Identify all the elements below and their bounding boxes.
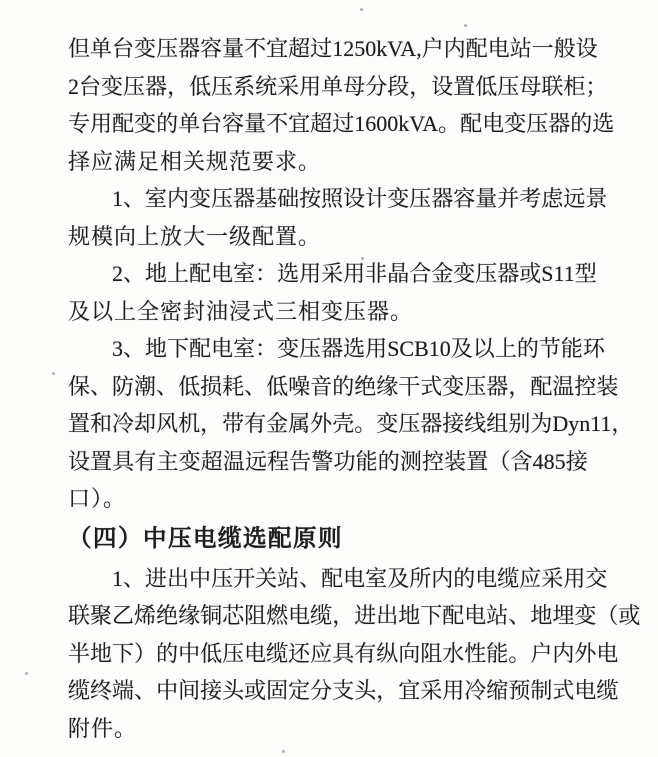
text-line: 附件。 [68, 710, 588, 748]
text-line: 1、室内变压器基础按照设计变压器容量并考虑远景 [68, 180, 588, 218]
text-line: 口）。 [68, 480, 588, 518]
text-line: 但单台变压器容量不宜超过 1250kVA,户内配电站一般设 [68, 30, 588, 68]
scan-speck [360, 8, 363, 11]
text-line: 置和冷却风机，带有金属外壳。变压器接线组别为 Dyn11， [68, 405, 588, 443]
text-line: 及以上全密封油浸式三相变压器。 [68, 293, 588, 331]
scan-speck [361, 257, 364, 260]
text-line: 联聚乙烯绝缘铜芯阻燃电缆，进出地下配电站、地埋变（或 [68, 597, 588, 635]
text-line: 半地下）的中低压电缆还应具有纵向阻水性能。户内外电 [68, 635, 588, 673]
scan-speck [464, 24, 467, 27]
scan-speck [52, 372, 55, 375]
section-heading: （四）中压电缆选配原则 [68, 518, 588, 560]
text-line: 保、防潮、低损耗、低噪音的绝缘干式变压器，配温控装 [68, 368, 588, 406]
text-line: 专用配变的单台容量不宜超过 1600kVA。配电变压器的选 [68, 105, 588, 143]
text-line: 1、进出中压开关站、配电室及所内的电缆应采用交 [68, 560, 588, 598]
text-line: 择应满足相关规范要求。 [68, 143, 588, 181]
text-line: 2 台变压器，低压系统采用单母分段，设置低压母联柜； [68, 68, 588, 106]
text-line: 缆终端、中间接头或固定分支头，宜采用冷缩预制式电缆 [68, 672, 588, 710]
text-line: 规模向上放大一级配置。 [68, 218, 588, 256]
scan-speck [282, 750, 285, 753]
scan-speck [25, 672, 28, 675]
text-line: 2、地上配电室：选用采用非晶合金变压器或 S11 型 [68, 255, 588, 293]
text-block: 但单台变压器容量不宜超过 1250kVA,户内配电站一般设2 台变压器，低压系统… [68, 30, 588, 747]
text-line: 设置具有主变超温远程告警功能的测控装置（含 485 接 [68, 443, 588, 481]
text-line: 3、地下配电室：变压器选用 SCB10 及以上的节能环 [68, 330, 588, 368]
